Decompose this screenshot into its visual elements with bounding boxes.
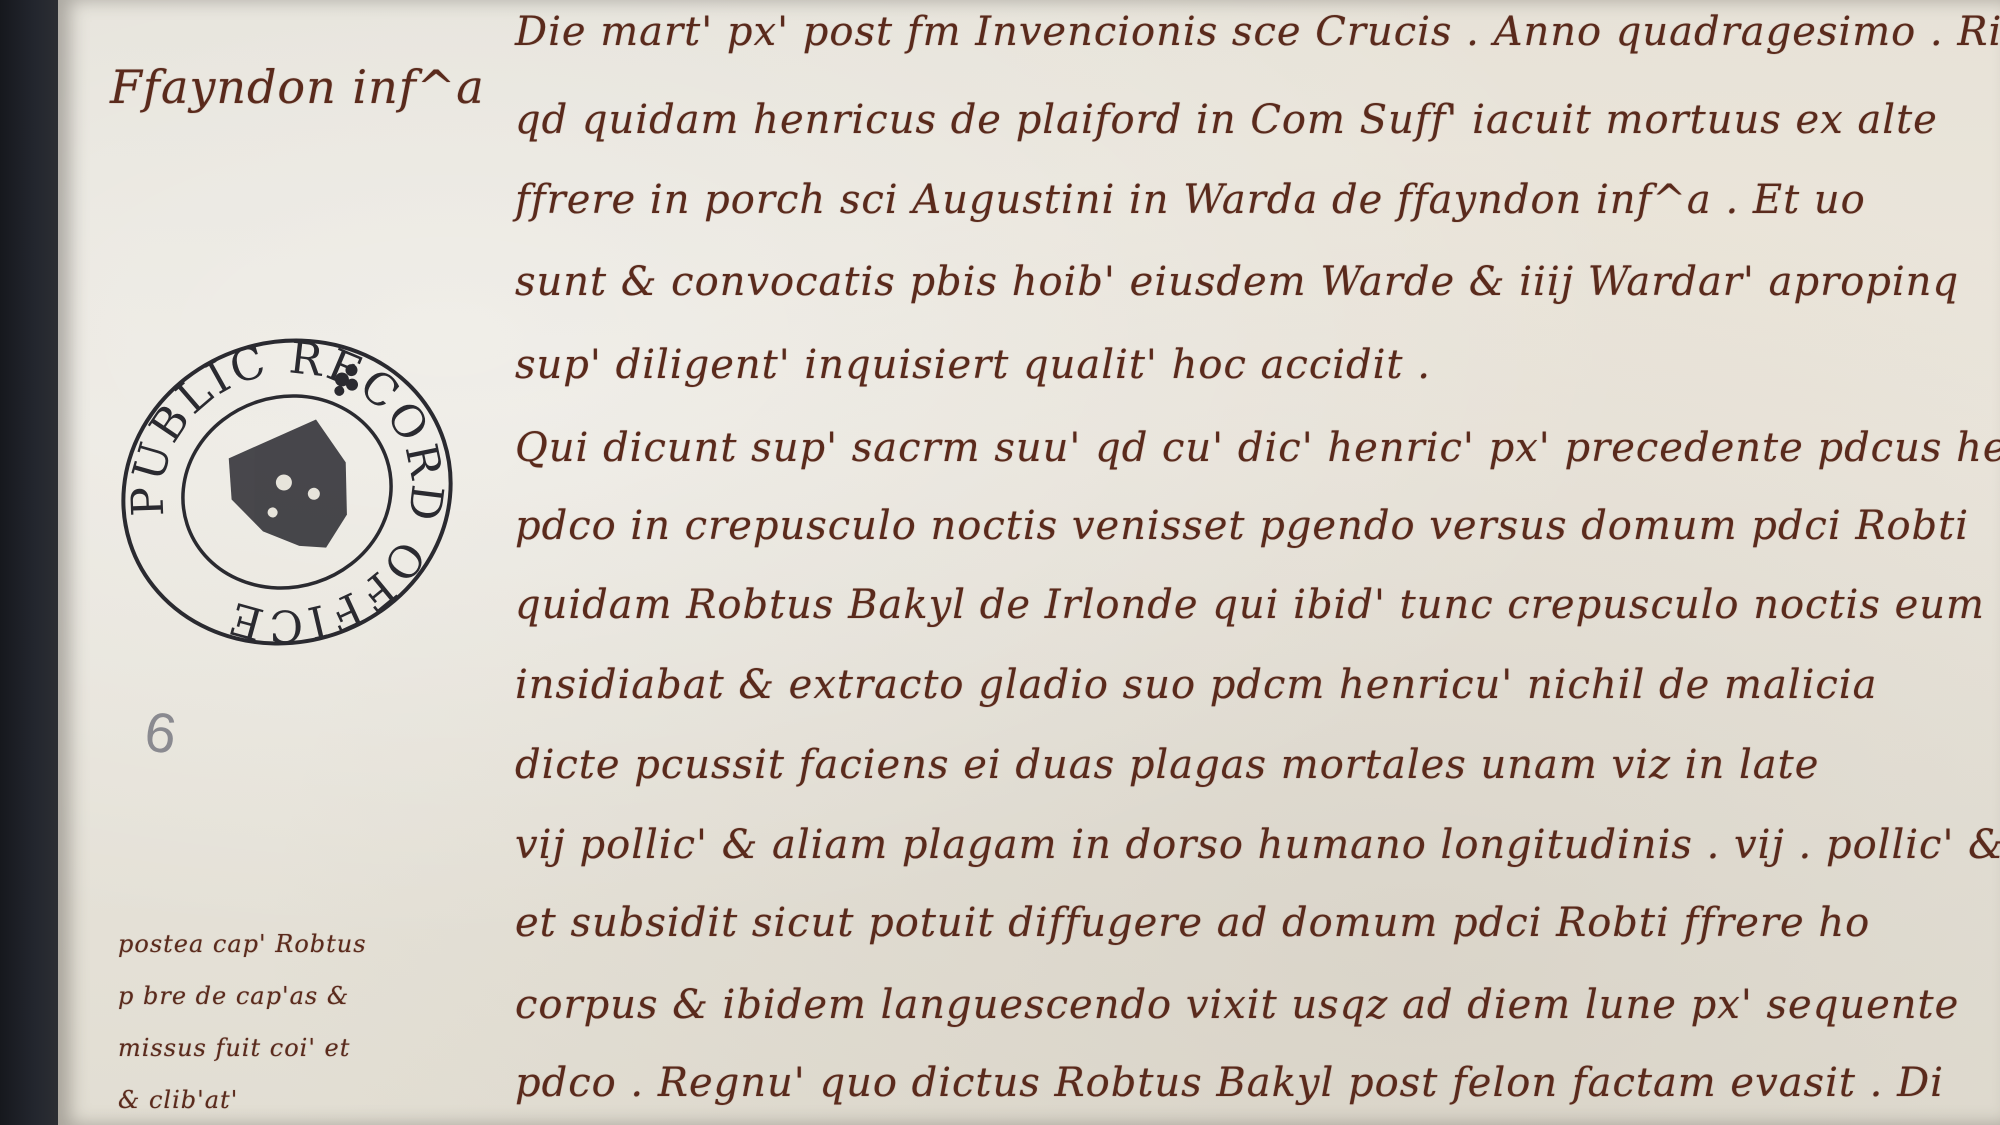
text-line: ffrere in porch sci Augustini in Warda d… (515, 180, 1866, 220)
margin-note: postea cap' Robtus p bre de cap'as & mis… (118, 918, 367, 1125)
text-line: Qui dicunt sup' sacrm suu' qd cu' dic' h… (515, 428, 2000, 468)
binding-edge (0, 0, 58, 1125)
text-line: dicte pcussit faciens ei duas plagas mor… (515, 745, 1819, 785)
text-line: vij pollic' & aliam plagam in dorso huma… (515, 825, 2000, 865)
royal-arms-icon (216, 415, 369, 571)
text-line: pdco . Regnu' quo dictus Robtus Bakyl po… (515, 1063, 1944, 1103)
manuscript-photo: Ffayndon inf^a Die mart' px' post fm Inv… (0, 0, 2000, 1125)
text-line: et subsidit sicut potuit diffugere ad do… (515, 903, 1870, 943)
margin-note-line: missus fuit coi' et (118, 1022, 367, 1074)
text-line: insidiabat & extracto gladio suo pdcm he… (515, 665, 1877, 705)
margin-note-line: postea cap' Robtus (118, 918, 367, 970)
margin-note-line: & clib'at' (118, 1074, 367, 1125)
text-line: qd quidam henricus de plaiford in Com Su… (515, 100, 1938, 140)
text-line: sunt & convocatis pbis hoib' eiusdem War… (515, 262, 1959, 302)
margin-note-line: p bre de cap'as & (118, 970, 367, 1022)
text-line: pdco in crepusculo noctis venisset pgend… (515, 506, 1969, 546)
text-line: sup' diligent' inquisiert qualit' hoc ac… (515, 345, 1431, 385)
text-line: Die mart' px' post fm Invencionis sce Cr… (515, 12, 2000, 52)
text-line: corpus & ibidem languescendo vixit usqz … (515, 985, 1959, 1025)
marginal-heading: Ffayndon inf^a (110, 60, 485, 114)
text-line: quidam Robtus Bakyl de Irlonde qui ibid'… (515, 585, 1985, 625)
